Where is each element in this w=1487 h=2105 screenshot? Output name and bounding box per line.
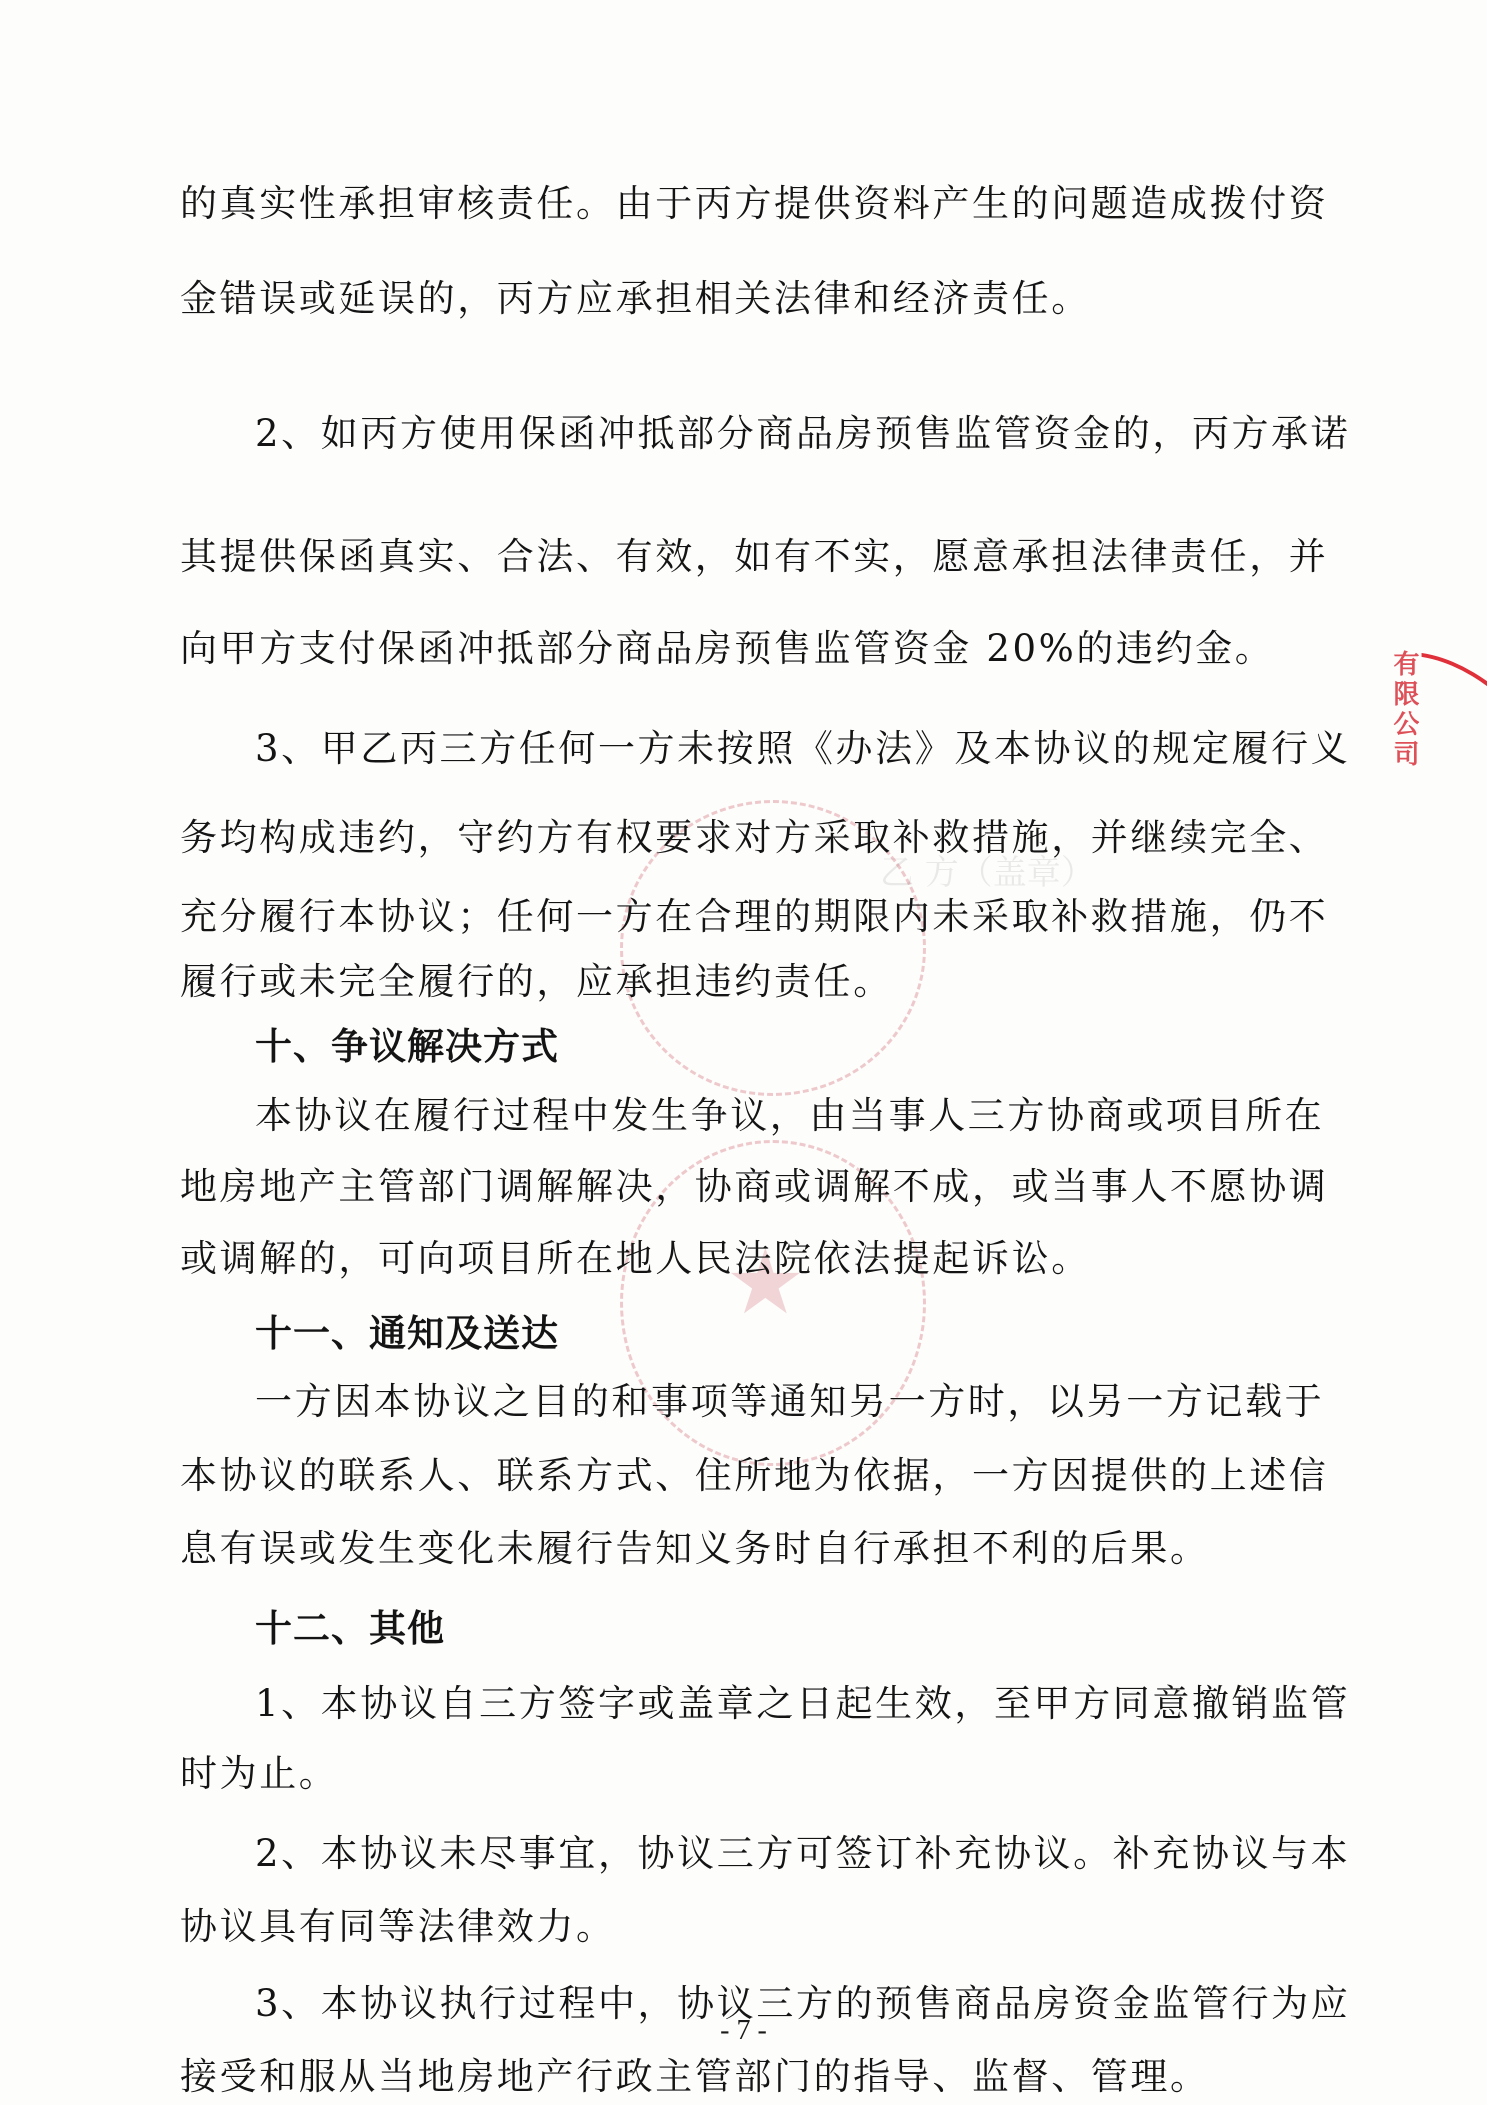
paragraph-line: 2、本协议未尽事宜，协议三方可签订补充协议。补充协议与本 [255,1830,1350,1878]
paragraph-line: 地房地产主管部门调解解决，协商或调解不成，或当事人不愿协调 [180,1163,1328,1211]
paragraph-line: 2、如丙方使用保函冲抵部分商品房预售监管资金的，丙方承诺 [255,410,1350,458]
page-number: - 7 - [0,2015,1487,2047]
paragraph-line: 金错误或延误的，丙方应承担相关法律和经济责任。 [180,275,1091,323]
paragraph-line: 向甲方支付保函冲抵部分商品房预售监管资金 20%的违约金。 [180,625,1274,673]
section-heading-other: 十二、其他 [255,1605,445,1653]
paragraph-line: 充分履行本协议；任何一方在合理的期限内未采取补救措施，仍不 [180,893,1328,941]
paragraph-line: 1、本协议自三方签字或盖章之日起生效，至甲方同意撤销监管 [255,1680,1350,1728]
paragraph-line: 的真实性承担审核责任。由于丙方提供资料产生的问题造成拨付资 [180,180,1328,228]
paragraph-line: 协议具有同等法律效力。 [180,1903,616,1951]
paragraph-line: 本协议在履行过程中发生争议，由当事人三方协商或项目所在 [255,1092,1324,1140]
paragraph-line: 其提供保函真实、合法、有效，如有不实，愿意承担法律责任，并 [180,533,1328,581]
paragraph-line: 本协议的联系人、联系方式、住所地为依据，一方因提供的上述信 [180,1452,1328,1500]
section-heading-dispute-resolution: 十、争议解决方式 [255,1023,559,1071]
paragraph-line: 一方因本协议之目的和事项等通知另一方时，以另一方记载于 [255,1378,1324,1426]
paragraph-line: 或调解的，可向项目所在地人民法院依法提起诉讼。 [180,1235,1091,1283]
document-page: ★ 乙 方（盖章） 有限公司 的真实性承担审核责任。由于丙方提供资料产生的问题造… [0,0,1487,2105]
section-heading-notice-delivery: 十一、通知及送达 [255,1310,559,1358]
paragraph-line: 履行或未完全履行的，应承担违约责任。 [180,958,893,1006]
paragraph-line: 3、甲乙丙三方任何一方未按照《办法》及本协议的规定履行义 [255,725,1350,773]
edge-seal-text: 有限公司 [1383,650,1423,770]
paragraph-line: 时为止。 [180,1750,338,1798]
paragraph-line: 接受和服从当地房地产行政主管部门的指导、监督、管理。 [180,2053,1210,2101]
paragraph-line: 息有误或发生变化未履行告知义务时自行承担不利的后果。 [180,1525,1210,1573]
paragraph-line: 务均构成违约，守约方有权要求对方采取补救措施，并继续完全、 [180,814,1328,862]
